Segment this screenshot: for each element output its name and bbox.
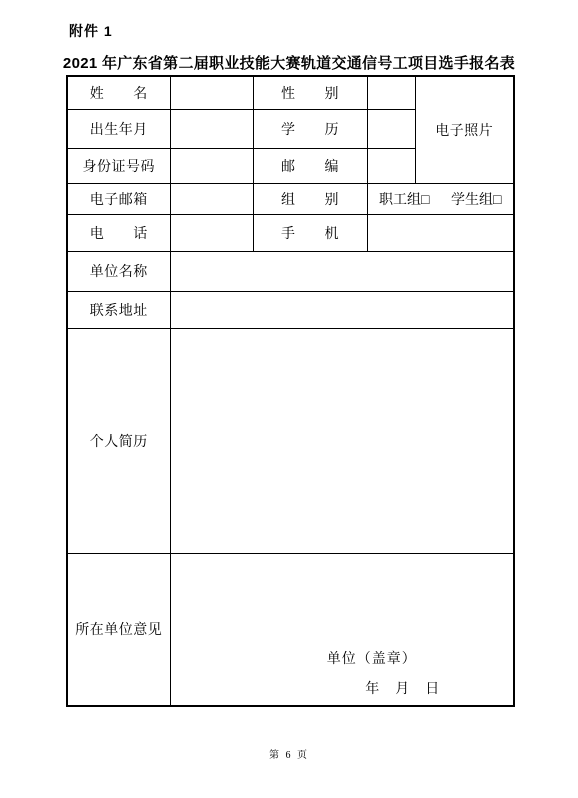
table-row: 单位名称: [67, 251, 514, 291]
group-options-cell: 职工组□ 学生组□: [367, 183, 514, 214]
email-label: 电子邮箱: [67, 183, 170, 214]
table-row: 电 话 手 机: [67, 214, 514, 251]
unit-name-input-cell[interactable]: [170, 251, 514, 291]
contact-address-label: 联系地址: [67, 291, 170, 328]
resume-input-cell[interactable]: [170, 328, 514, 553]
seal-signature-block: 单位（盖章） 年 月 日: [171, 648, 514, 698]
group-option-student-checkbox[interactable]: 学生组□: [451, 189, 501, 209]
email-input-cell[interactable]: [170, 183, 253, 214]
table-row: 姓 名 性 别 电子照片: [67, 76, 514, 109]
id-number-label: 身份证号码: [67, 148, 170, 183]
gender-label: 性 别: [253, 76, 367, 109]
photo-placeholder-cell[interactable]: 电子照片: [415, 76, 514, 183]
mobile-label: 手 机: [253, 214, 367, 251]
phone-label: 电 话: [67, 214, 170, 251]
table-row: 电子邮箱 组 别 职工组□ 学生组□: [67, 183, 514, 214]
postal-code-input-cell[interactable]: [367, 148, 415, 183]
table-row: 所在单位意见 单位（盖章） 年 月 日: [67, 553, 514, 706]
mobile-input-cell[interactable]: [367, 214, 514, 251]
name-input-cell[interactable]: [170, 76, 253, 109]
phone-input-cell[interactable]: [170, 214, 253, 251]
photo-label: 电子照片: [435, 124, 493, 139]
resume-label: 个人简历: [67, 328, 170, 553]
birth-date-label: 出生年月: [67, 109, 170, 148]
table-row: 联系地址: [67, 291, 514, 328]
unit-name-label: 单位名称: [67, 251, 170, 291]
unit-opinion-input-cell[interactable]: 单位（盖章） 年 月 日: [170, 553, 514, 706]
table-row: 个人简历: [67, 328, 514, 553]
page-number: 第 6 页: [0, 746, 578, 761]
postal-code-label: 邮 编: [253, 148, 367, 183]
education-input-cell[interactable]: [367, 109, 415, 148]
education-label: 学 历: [253, 109, 367, 148]
date-placeholder-label: 年 月 日: [171, 678, 514, 698]
group-label: 组 别: [253, 183, 367, 214]
name-label: 姓 名: [67, 76, 170, 109]
registration-form-table: 姓 名 性 别 电子照片 出生年月 学 历 身份证号码 邮 编 电子邮箱 组 别: [66, 75, 515, 707]
contact-address-input-cell[interactable]: [170, 291, 514, 328]
gender-input-cell[interactable]: [367, 76, 415, 109]
page-title: 2021 年广东省第二届职业技能大赛轨道交通信号工项目选手报名表: [0, 52, 578, 73]
unit-opinion-label: 所在单位意见: [67, 553, 170, 706]
unit-seal-label: 单位（盖章）: [171, 648, 514, 668]
id-number-input-cell[interactable]: [170, 148, 253, 183]
attachment-label: 附件 1: [69, 21, 113, 41]
birth-date-input-cell[interactable]: [170, 109, 253, 148]
group-option-staff-checkbox[interactable]: 职工组□: [379, 189, 429, 209]
